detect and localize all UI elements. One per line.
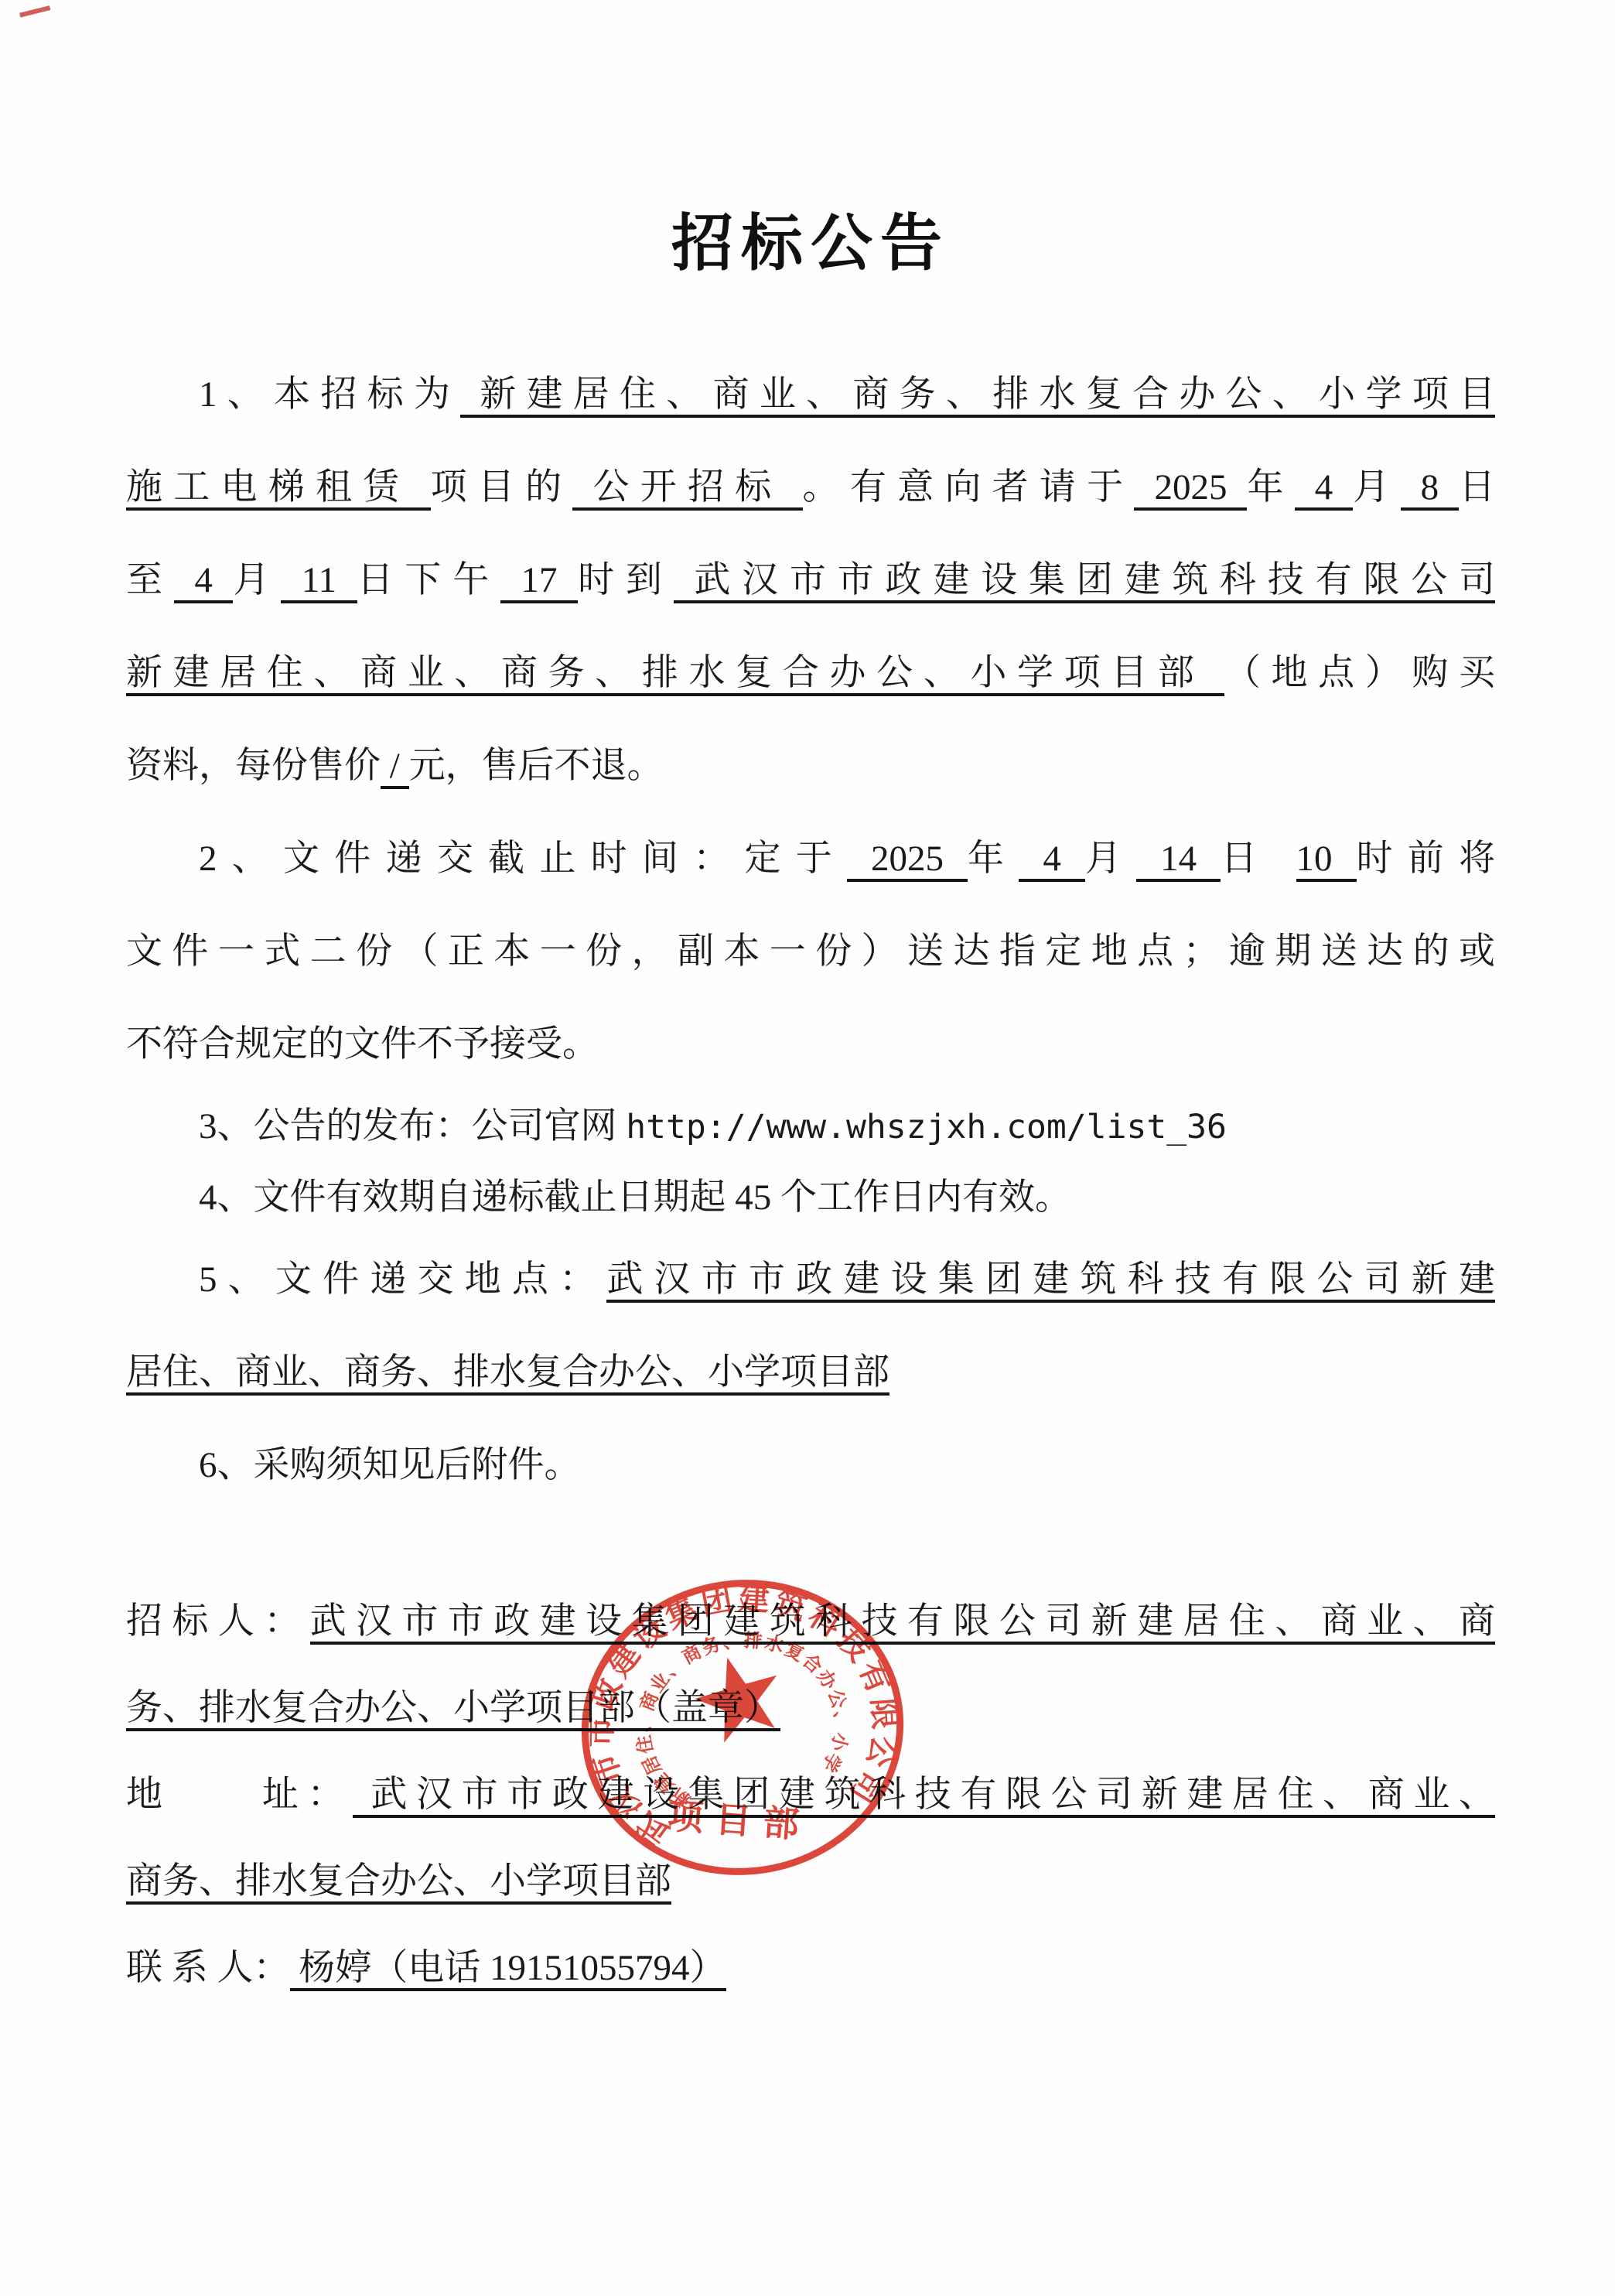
document-page: 招标公告 1、本招标为 新建居住、商业、商务、排水复合办公、小学项目施工电梯租赁…	[0, 0, 1615, 2296]
text-segment: 月	[1353, 467, 1400, 507]
text-segment: 元，售后不退。	[409, 746, 664, 786]
official-seal-stamp: 武汉市市政建设集团建筑科技有限公司 新建居住、商业、商务、排水复合办公、小学 项…	[568, 1567, 917, 1888]
text-segment: 招标人：	[126, 1601, 310, 1642]
body-line-10: 4、文件有效期自递标截止日期起 45 个工作日内有效。	[126, 1162, 1495, 1233]
text-segment: 至	[126, 560, 174, 600]
underlined-text: 武汉市市政建设集团建筑科技有限公司新建	[606, 1259, 1495, 1303]
underlined-text: 2025	[847, 839, 968, 882]
underlined-text: 4	[1019, 839, 1085, 882]
text-segment: 月	[1085, 839, 1136, 879]
body-line-3: 至 4 月 11 日下午 17 时到 武汉市市政建设集团建筑科技有限公司	[126, 534, 1495, 627]
text-segment: 时到	[578, 560, 674, 600]
text-segment: 年	[968, 839, 1019, 879]
body-line-7: 文件一式二份（正本一份，副本一份）送达指定地点；逾期送达的或	[126, 905, 1495, 998]
text-segment: （地点）购买	[1224, 653, 1495, 693]
footer-line-5: 联 系 人： 杨婷（电话 19151055794）	[126, 1925, 1495, 2011]
text-segment: 1、本招标为	[199, 374, 460, 415]
text-segment: 2、文件递交截止时间：定于	[199, 839, 847, 879]
text-segment: 资料，每份售价	[126, 746, 381, 786]
text-segment: 4、文件有效期自递标截止日期起 45 个工作日内有效。	[199, 1177, 1071, 1218]
scan-artifact-mark	[18, 0, 51, 18]
body-line-9: 3、公告的发布：公司官网 http://www.whszjxh.com/list…	[126, 1091, 1495, 1162]
url-text: http://www.whszjxh.com/list_36	[626, 1108, 1227, 1146]
underlined-text: /	[381, 746, 409, 789]
text-segment: 年	[1247, 467, 1294, 507]
stamp-center-text: 项目部	[666, 1795, 812, 1846]
underlined-text: 4	[174, 560, 234, 603]
underlined-text: 居住、商业、商务、排水复合办公、小学项目部	[126, 1352, 889, 1396]
text-segment: 不符合规定的文件不予接受。	[126, 1024, 599, 1064]
body-block: 1、本招标为 新建居住、商业、商务、排水复合办公、小学项目施工电梯租赁 项目的 …	[126, 348, 1495, 1512]
body-line-2: 施工电梯租赁 项目的 公开招标 。有意向者请于 2025 年 4 月 8 日	[126, 441, 1495, 534]
underlined-text: 17	[500, 560, 578, 603]
underlined-text: 10	[1296, 839, 1357, 882]
text-segment: 项目的	[431, 467, 573, 507]
underlined-text: 8	[1401, 467, 1460, 511]
underlined-text: 公开招标	[572, 467, 802, 511]
body-line-4: 新建居住、商业、商务、排水复合办公、小学项目部 （地点）购买	[126, 627, 1495, 719]
underlined-text: 新建居住、商业、商务、排水复合办公、小学项目	[460, 374, 1495, 418]
body-line-11: 5、文件递交地点：武汉市市政建设集团建筑科技有限公司新建	[126, 1233, 1495, 1326]
text-segment: 日	[1459, 467, 1495, 507]
document-title: 招标公告	[126, 0, 1495, 280]
text-segment: 日下午	[357, 560, 500, 600]
underlined-text: 武汉市市政建设集团建筑科技有限公司	[674, 560, 1495, 603]
underlined-text: 新建居住、商业、商务、排水复合办公、小学项目部	[126, 653, 1224, 696]
text-segment: 联 系 人：	[126, 1948, 290, 1988]
body-line-1: 1、本招标为 新建居住、商业、商务、排水复合办公、小学项目	[126, 348, 1495, 441]
underlined-text: 杨婷（电话 19151055794）	[290, 1948, 726, 1991]
text-segment: 5、文件递交地点：	[199, 1259, 606, 1300]
body-line-6: 2、文件递交截止时间：定于 2025 年 4 月 14 日 10 时前将	[126, 812, 1495, 905]
text-segment: 6、采购须知见后附件。	[199, 1445, 581, 1485]
body-line-5: 资料，每份售价 / 元，售后不退。	[126, 719, 1495, 812]
body-line-12: 居住、商业、商务、排水复合办公、小学项目部	[126, 1326, 1495, 1419]
text-segment: 日	[1221, 839, 1296, 879]
text-segment: 地 址：	[126, 1775, 353, 1815]
underlined-text: 4	[1295, 467, 1354, 511]
underlined-text: 武汉市市政建设集团建筑科技有限公司新建居住、商业、	[353, 1775, 1495, 1818]
text-segment: 3、公告的发布：公司官网	[199, 1106, 626, 1146]
text-segment: 月	[233, 560, 281, 600]
underlined-text: 施工电梯租赁	[126, 467, 431, 511]
text-segment: 。有意向者请于	[803, 467, 1135, 507]
body-line-8: 不符合规定的文件不予接受。	[126, 998, 1495, 1091]
body-line-13: 6、采购须知见后附件。	[126, 1419, 1495, 1512]
underlined-text: 2025	[1134, 467, 1247, 511]
underlined-text: 14	[1136, 839, 1221, 882]
text-segment: 文件一式二份（正本一份，副本一份）送达指定地点；逾期送达的或	[126, 931, 1495, 972]
text-segment: 时前将	[1357, 839, 1496, 879]
underlined-text: 11	[281, 560, 357, 603]
